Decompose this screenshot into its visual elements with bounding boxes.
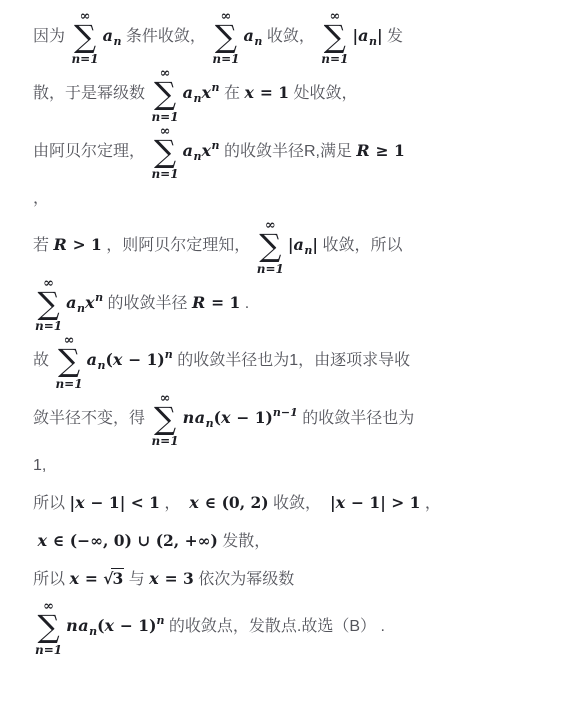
text-run: 若 [33, 237, 53, 254]
math-run: x [69, 569, 79, 588]
math-run: a [87, 350, 98, 369]
text-run: 由阿贝尔定理， [33, 143, 149, 160]
sigma-glyph: ∑ [38, 290, 60, 319]
subscript: n [369, 35, 377, 48]
math-run: R [53, 235, 67, 254]
text-run: 条件收敛， [121, 28, 210, 45]
solution-line-4: ， [33, 180, 564, 217]
sum-lower-limit: n=1 [35, 644, 62, 656]
text-run: 发 [383, 28, 403, 45]
solution-line-2: 散，于是幂级数 ∞∑n=1anxn 在 x = 1 处收敛， [33, 65, 564, 122]
math-run: x [221, 408, 231, 427]
superscript: n [212, 81, 220, 94]
sum-lower-limit: n=1 [321, 53, 348, 65]
solution-line-11: x ∈ (−∞, 0) ∪ (2, +∞) 发散， [33, 522, 564, 560]
math-run: x [113, 350, 123, 369]
text-run: 收敛， [269, 495, 330, 512]
summation-icon: ∞∑n=1 [321, 10, 348, 65]
math-run: x [149, 569, 159, 588]
math-run: x [244, 83, 254, 102]
text-run: 的收敛半径 [103, 295, 192, 312]
solution-line-13: ∞∑n=1nan(x − 1)n 的收敛点，发散点.故选（B） . [33, 598, 564, 655]
radicand: 3 [111, 568, 124, 588]
math-run: a [358, 26, 369, 45]
superscript: n [165, 348, 173, 361]
text-run: 所以 [33, 571, 69, 588]
math-solution: 因为 ∞∑n=1an 条件收敛， ∞∑n=1an 收敛， ∞∑n=1|an| 发… [0, 0, 570, 656]
math-run: x [189, 493, 199, 512]
text-run: 1, [33, 457, 46, 474]
text-run: 的收敛半径也为1，由逐项求导收 [173, 352, 410, 369]
sigma-glyph: ∑ [154, 138, 176, 167]
sigma-glyph: ∑ [58, 347, 80, 376]
sum-lower-limit: n=1 [151, 435, 178, 447]
text-run: 与 [124, 571, 149, 588]
sum-lower-limit: n=1 [212, 53, 239, 65]
math-run: = 1 [206, 293, 241, 312]
math-run: > 1 [67, 235, 102, 254]
sum-lower-limit: n=1 [35, 320, 62, 332]
math-run: ( [214, 408, 221, 427]
text-run: 收敛， [262, 28, 319, 45]
math-run: na [66, 616, 89, 635]
math-run: R [192, 293, 206, 312]
text-run: . [240, 295, 249, 312]
solution-line-9: 1, [33, 447, 564, 484]
text-run: ， [160, 495, 189, 512]
math-run: = 3 [159, 569, 194, 588]
text-run: 因为 [33, 28, 69, 45]
math-run: ( [105, 350, 112, 369]
math-run: na [183, 408, 206, 427]
summation-icon: ∞∑n=1 [151, 125, 178, 180]
text-run: ， [33, 190, 49, 207]
subscript: n [89, 625, 97, 638]
math-run: − 1) [115, 616, 157, 635]
text-run: 发散， [218, 533, 270, 550]
summation-icon: ∞∑n=1 [55, 334, 82, 389]
sum-lower-limit: n=1 [55, 378, 82, 390]
solution-line-5: 若 R > 1 ，则阿贝尔定理知， ∞∑n=1|an| 收敛，所以 [33, 217, 564, 274]
subscript: n [206, 417, 214, 430]
sqrt-radical: √3 [103, 568, 124, 588]
text-run: 故 [33, 352, 53, 369]
solution-line-8: 敛半径不变，得 ∞∑n=1nan(x − 1)n−1 的收敛半径也为 [33, 390, 564, 447]
sigma-glyph: ∑ [215, 23, 237, 52]
summation-icon: ∞∑n=1 [35, 277, 62, 332]
sum-lower-limit: n=1 [151, 168, 178, 180]
sigma-glyph: ∑ [38, 613, 60, 642]
math-run: x [85, 293, 95, 312]
math-run: − 1) [123, 350, 165, 369]
math-run: a [244, 26, 255, 45]
text-run: 的收敛半径R,满足 [220, 143, 357, 160]
math-run: − 1) [231, 408, 273, 427]
text-run: 在 [220, 85, 245, 102]
math-run: ≥ 1 [370, 141, 405, 160]
text-run: 收敛，所以 [318, 237, 402, 254]
solution-line-6: ∞∑n=1anxn 的收敛半径 R = 1 . [33, 275, 564, 332]
superscript: n [212, 139, 220, 152]
solution-line-7: 故 ∞∑n=1an(x − 1)n 的收敛半径也为1，由逐项求导收 [33, 332, 564, 389]
superscript: n [95, 291, 103, 304]
summation-icon: ∞∑n=1 [212, 10, 239, 65]
sigma-glyph: ∑ [324, 23, 346, 52]
solution-line-1: 因为 ∞∑n=1an 条件收敛， ∞∑n=1an 收敛， ∞∑n=1|an| 发 [33, 8, 564, 65]
math-run: ∈ (0, 2) [199, 493, 268, 512]
math-run: = [80, 569, 104, 588]
sigma-glyph: ∑ [259, 232, 281, 261]
math-run: x [75, 493, 85, 512]
math-run: a [183, 141, 194, 160]
sum-lower-limit: n=1 [257, 263, 284, 275]
superscript: n−1 [273, 406, 298, 419]
solution-line-10: 所以 |x − 1| < 1 ， x ∈ (0, 2) 收敛， |x − 1| … [33, 484, 564, 522]
text-run: 的收敛点，发散点.故选（B） . [164, 618, 384, 635]
sum-lower-limit: n=1 [151, 111, 178, 123]
math-run: x [104, 616, 114, 635]
text-run: 的收敛半径也为 [298, 410, 414, 427]
summation-icon: ∞∑n=1 [257, 219, 284, 274]
text-run: 依次为幂级数 [194, 571, 294, 588]
math-run: x [201, 83, 211, 102]
sigma-glyph: ∑ [154, 80, 176, 109]
math-run: − 1| > 1 [346, 493, 421, 512]
text-run: 所以 [33, 495, 69, 512]
solution-line-3: 由阿贝尔定理， ∞∑n=1anxn 的收敛半径R,满足 R ≥ 1 [33, 123, 564, 180]
math-run: R [356, 141, 370, 160]
sum-lower-limit: n=1 [71, 53, 98, 65]
sigma-glyph: ∑ [154, 405, 176, 434]
math-run: a [183, 83, 194, 102]
math-run: a [66, 293, 77, 312]
summation-icon: ∞∑n=1 [151, 67, 178, 122]
math-run: a [103, 26, 114, 45]
text-run: 敛半径不变，得 [33, 410, 149, 427]
math-run: x [37, 531, 47, 550]
math-run: x [201, 141, 211, 160]
text-run: 处收敛， [289, 85, 357, 102]
math-run: x [336, 493, 346, 512]
math-run: ∈ (−∞, 0) ∪ (2, +∞) [48, 531, 218, 550]
math-run: a [294, 235, 305, 254]
summation-icon: ∞∑n=1 [35, 600, 62, 655]
math-run: = 1 [254, 83, 289, 102]
solution-line-12: 所以 x = √3 与 x = 3 依次为幂级数 [33, 560, 564, 598]
math-run: − 1| < 1 [85, 493, 160, 512]
text-run: ， [420, 495, 440, 512]
text-run: ，则阿贝尔定理知， [102, 237, 255, 254]
sigma-glyph: ∑ [74, 23, 96, 52]
summation-icon: ∞∑n=1 [71, 10, 98, 65]
summation-icon: ∞∑n=1 [151, 392, 178, 447]
subscript: n [77, 302, 85, 315]
text-run: 散，于是幂级数 [33, 85, 149, 102]
